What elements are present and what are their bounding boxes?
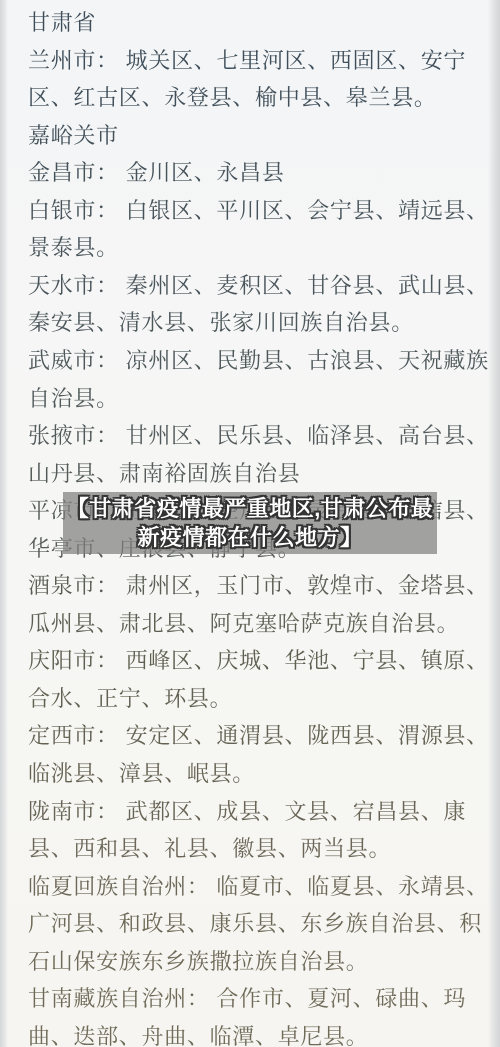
- region-line: 张掖市： 甘州区、民乐县、临泽县、高台县、: [28, 423, 489, 449]
- region-line: 广河县、和政县、康乐县、东乡族自治县、积: [28, 911, 482, 937]
- region-line: 定西市： 安定区、通渭县、陇西县、渭源县、: [28, 723, 489, 749]
- region-line: 县、西和县、礼县、徽县、两当县。: [28, 836, 391, 862]
- region-line: 酒泉市： 肃州区，玉门市、敦煌市、金塔县、: [28, 573, 489, 599]
- left-page-edge: [0, 0, 8, 1047]
- caption-line-2: 新疫情都在什么地方】: [137, 523, 362, 552]
- region-line: 曲、迭部、舟曲、临潭、卓尼县。: [28, 1024, 369, 1047]
- right-page-edge: [488, 0, 500, 1047]
- region-line: 瓜州县、肃北县、阿克塞哈萨克族自治县。: [28, 611, 459, 637]
- region-line: 区、红古区、永登县、榆中县、皋兰县。: [28, 85, 437, 111]
- region-line: 天水市： 秦州区、麦积区、甘谷县、武山县、: [28, 273, 489, 299]
- region-line: 秦安县、清水县、张家川回族自治县。: [28, 310, 414, 336]
- region-line: 甘肃省: [28, 10, 96, 36]
- article-page: 甘肃省兰州市： 城关区、七里河区、西固区、安宁区、红古区、永登县、榆中县、皋兰县…: [0, 0, 500, 1047]
- region-line: 嘉峪关市: [28, 123, 119, 149]
- region-line: 合水、正宁、环县。: [28, 686, 232, 712]
- region-line: 武威市： 凉州区、民勤县、古浪县、天祝藏族: [28, 348, 489, 374]
- caption-line-1: 【甘肃省疫情最严重地区,甘肃公布最: [67, 494, 434, 523]
- region-line: 临洮县、漳县、岷县。: [28, 761, 255, 787]
- caption-overlay: 【甘肃省疫情最严重地区,甘肃公布最 新疫情都在什么地方】: [63, 492, 437, 554]
- region-line: 白银市： 白银区、平川区、会宁县、靖远县、: [28, 198, 489, 224]
- region-line: 自治县。: [28, 386, 119, 412]
- region-line: 金昌市： 金川区、永昌县: [28, 160, 285, 186]
- region-line: 景泰县。: [28, 235, 119, 261]
- region-line: 兰州市： 城关区、七里河区、西固区、安宁: [28, 48, 466, 74]
- region-line: 山丹县、肃南裕固族自治县: [28, 461, 300, 487]
- region-line: 石山保安族东乡族撒拉族自治县。: [28, 949, 369, 975]
- region-line: 陇南市： 武都区、成县、文县、宕昌县、康: [28, 799, 466, 825]
- region-line: 庆阳市： 西峰区、庆城、华池、宁县、镇原、: [28, 648, 489, 674]
- region-line: 临夏回族自治州： 临夏市、临夏县、永靖县、: [28, 874, 489, 900]
- region-line: 甘南藏族自治州： 合作市、夏河、碌曲、玛: [28, 986, 466, 1012]
